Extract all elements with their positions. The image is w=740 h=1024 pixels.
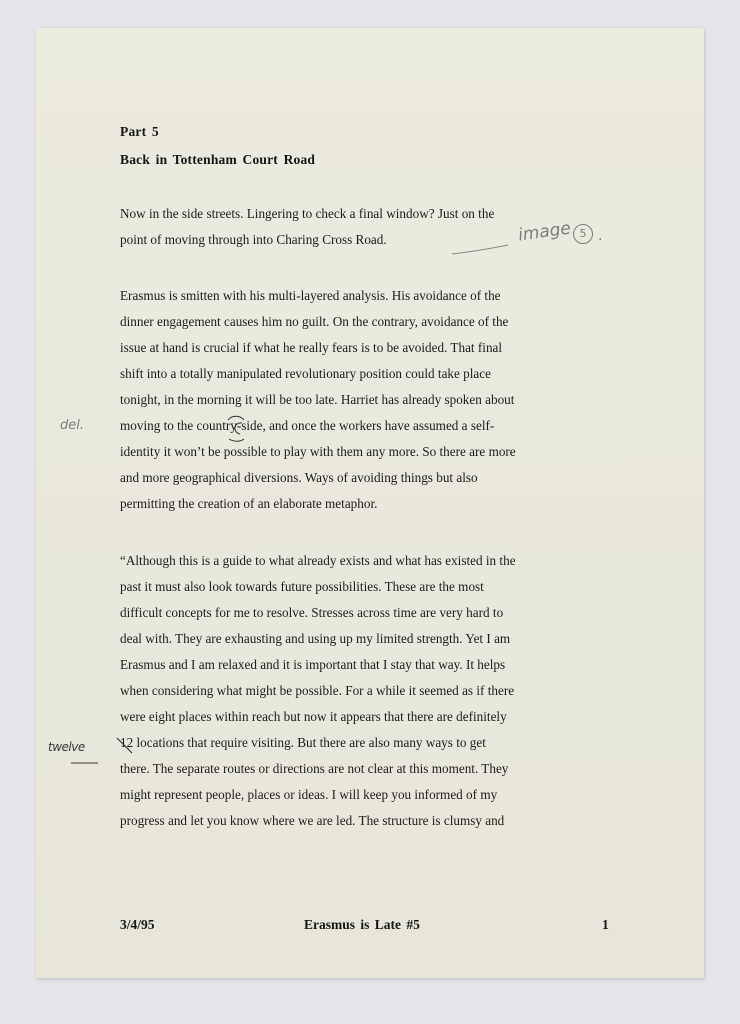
text-line: Erasmus is smitten with his multi-layere…: [120, 283, 540, 309]
text-line: issue at hand is crucial if what he real…: [120, 335, 540, 361]
footer-title: Erasmus is Late #5: [304, 917, 420, 933]
text-line: shift into a totally manipulated revolut…: [120, 361, 540, 387]
paragraph-2: Erasmus is smitten with his multi-layere…: [120, 283, 540, 517]
replacement-note: twelve: [48, 740, 85, 754]
replacement-underline: [70, 760, 100, 766]
section-title: Back in Tottenham Court Road: [120, 152, 315, 168]
text-line: past it must also look towards future po…: [120, 574, 540, 600]
footer-date: 3/4/95: [120, 917, 155, 933]
image-number-circled: 5: [573, 224, 593, 244]
paragraph-3: “Although this is a guide to what alread…: [120, 548, 540, 834]
text-line: difficult concepts for me to resolve. St…: [120, 600, 540, 626]
text-line: might represent people, places or ideas.…: [120, 782, 540, 808]
text-line: were eight places within reach but now i…: [120, 704, 540, 730]
deletion-mark: [224, 414, 248, 442]
annotation-period: .: [598, 228, 602, 244]
text-line: identity it won’t be possible to play wi…: [120, 439, 540, 465]
pencil-line-mark: [450, 240, 510, 260]
text-line: Erasmus and I am relaxed and it is impor…: [120, 652, 540, 678]
text-line: Now in the side streets. Lingering to ch…: [120, 201, 540, 227]
strike-mark: [114, 736, 136, 758]
text-line: dinner engagement causes him no guilt. O…: [120, 309, 540, 335]
text-line: there. The separate routes or directions…: [120, 756, 540, 782]
part-label: Part 5: [120, 124, 159, 140]
text-line: 12 locations that require visiting. But …: [120, 730, 540, 756]
text-line: deal with. They are exhausting and using…: [120, 626, 540, 652]
text-line: “Although this is a guide to what alread…: [120, 548, 540, 574]
text-line: moving to the country-side, and once the…: [120, 413, 540, 439]
page-number: 1: [602, 917, 609, 933]
text-line: tonight, in the morning it will be too l…: [120, 387, 540, 413]
deletion-note: del.: [60, 418, 84, 433]
text-line: when considering what might be possible.…: [120, 678, 540, 704]
text-line: permitting the creation of an elaborate …: [120, 491, 540, 517]
text-line: progress and let you know where we are l…: [120, 808, 540, 834]
text-line: and more geographical diversions. Ways o…: [120, 465, 540, 491]
